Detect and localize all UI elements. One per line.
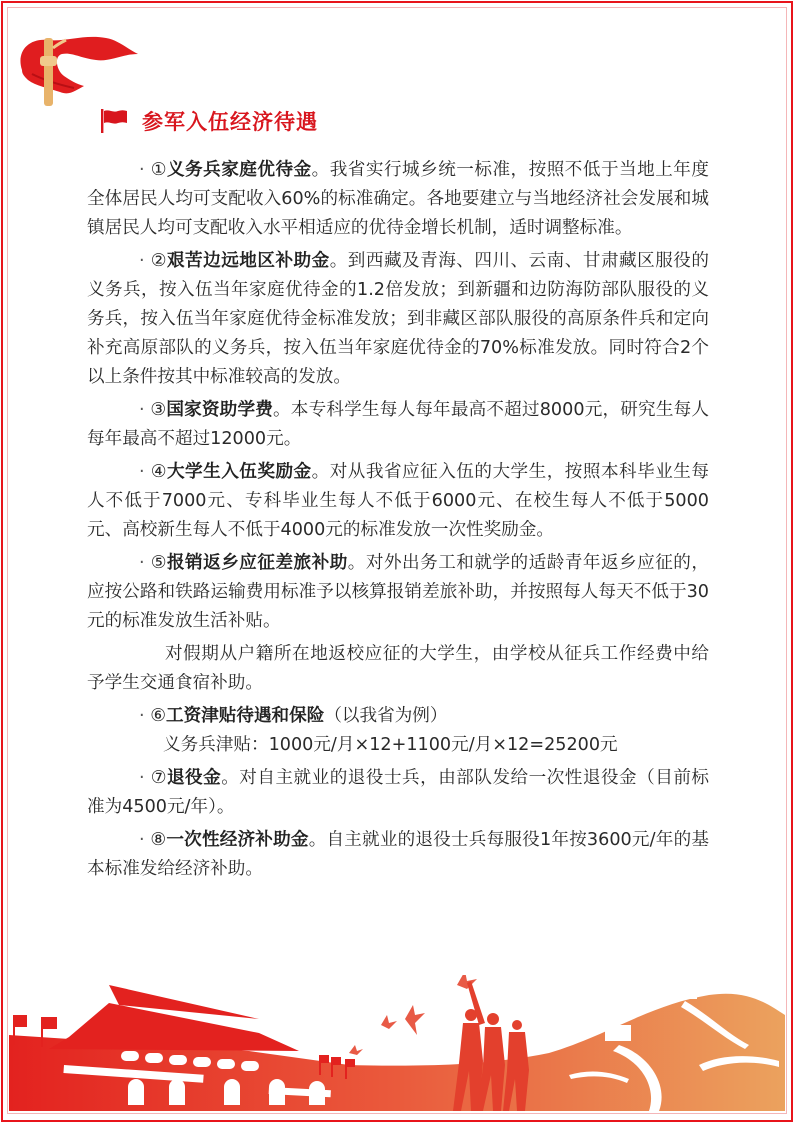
- bullet-dot: ·: [139, 251, 145, 271]
- bullet-dot: ·: [139, 830, 145, 850]
- item-body: （以我省为例）: [324, 706, 447, 726]
- item-number: ⑥: [150, 706, 166, 726]
- item-number: ⑤: [151, 553, 167, 573]
- benefit-item-4: · ④大学生入伍奖励金。对从我省应征入伍的大学生，按照本科毕业生每人不低于700…: [87, 458, 709, 545]
- benefit-item-7: · ⑦退役金。对自主就业的退役士兵，由部队发给一次性退役金（目前标准为4500元…: [87, 764, 709, 822]
- section-title-text: 参军入伍经济待遇: [142, 106, 318, 136]
- allowance-formula: 义务兵津贴：1000元/月×12+1100元/月×12=25200元: [87, 731, 709, 760]
- item-number: ③: [150, 400, 166, 420]
- bullet-dot: ·: [139, 768, 145, 788]
- bullet-dot: ·: [139, 160, 145, 180]
- item-heading: 艰苦边远地区补助金: [167, 251, 330, 271]
- tiananmen-greatwall-banner-icon: [9, 975, 785, 1111]
- item-heading: 报销返乡应征差旅补助: [167, 553, 348, 573]
- section-title: 参军入伍经济待遇: [100, 105, 318, 137]
- benefit-item-8: · ⑧一次性经济补助金。自主就业的退役士兵每服役1年按3600元/年的基本标准发…: [87, 826, 709, 884]
- red-flag-icon: [100, 108, 128, 134]
- item-heading: 国家资助学费: [166, 400, 273, 420]
- item-heading: 义务兵家庭优待金: [167, 160, 312, 180]
- benefits-list: · ①义务兵家庭优待金。我省实行城乡统一标准，按照不低于当地上年度全体居民人均可…: [87, 156, 709, 888]
- item-number: ⑦: [151, 768, 167, 788]
- item-heading: 一次性经济补助金: [166, 830, 308, 850]
- huabiao-ribbon-icon: [14, 30, 142, 106]
- item-heading: 退役金: [167, 768, 221, 788]
- item-heading: 大学生入伍奖励金: [167, 462, 312, 482]
- benefit-item-2: · ②艰苦边远地区补助金。到西藏及青海、四川、云南、甘肃藏区服役的义务兵，按入伍…: [87, 247, 709, 392]
- bullet-dot: ·: [139, 462, 145, 482]
- bullet-dot: ·: [139, 400, 145, 420]
- benefit-item-5: · ⑤报销返乡应征差旅补助。对外出务工和就学的适龄青年返乡应征的，应按公路和铁路…: [87, 549, 709, 636]
- benefit-item-6: · ⑥工资津贴待遇和保险（以我省为例）: [87, 702, 709, 731]
- item-body: 。到西藏及青海、四川、云南、甘肃藏区服役的义务兵，按入伍当年家庭优待金的1.2倍…: [87, 251, 709, 387]
- item-heading: 工资津贴待遇和保险: [166, 706, 324, 726]
- item-number: ②: [151, 251, 167, 271]
- benefit-note: 对假期从户籍所在地返校应征的大学生，由学校从征兵工作经费中给予学生交通食宿补助。: [87, 640, 709, 698]
- item-number: ④: [151, 462, 167, 482]
- benefit-item-1: · ①义务兵家庭优待金。我省实行城乡统一标准，按照不低于当地上年度全体居民人均可…: [87, 156, 709, 243]
- bullet-dot: ·: [139, 706, 145, 726]
- bullet-dot: ·: [139, 553, 145, 573]
- benefit-item-3: · ③国家资助学费。本专科学生每人每年最高不超过8000元，研究生每人每年最高不…: [87, 396, 709, 454]
- item-number: ①: [151, 160, 167, 180]
- item-number: ⑧: [150, 830, 166, 850]
